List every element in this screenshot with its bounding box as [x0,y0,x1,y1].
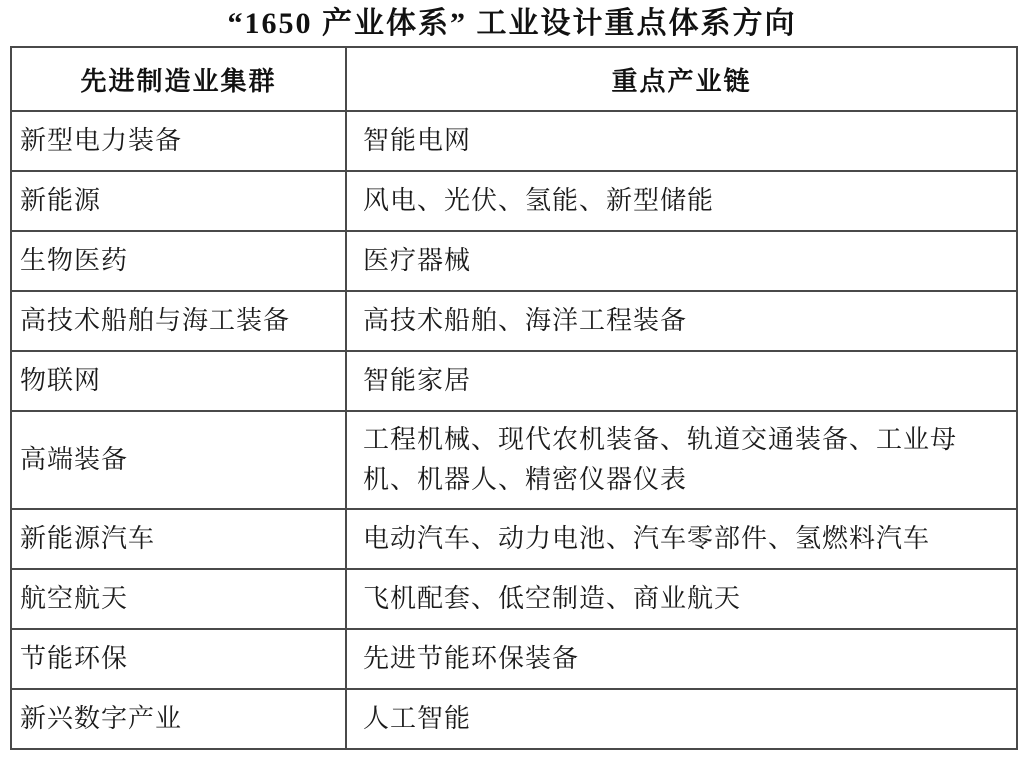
table-row: 节能环保先进节能环保装备 [11,629,1017,689]
table-row: 航空航天飞机配套、低空制造、商业航天 [11,569,1017,629]
chains-cell: 风电、光伏、氢能、新型储能 [346,171,1017,231]
cluster-cell: 物联网 [11,351,346,411]
chains-cell: 智能电网 [346,111,1017,171]
chains-cell: 医疗器械 [346,231,1017,291]
chains-cell: 电动汽车、动力电池、汽车零部件、氢燃料汽车 [346,509,1017,569]
table-row: 新能源汽车电动汽车、动力电池、汽车零部件、氢燃料汽车 [11,509,1017,569]
table-header-row: 先进制造业集群 重点产业链 [11,47,1017,111]
table-body: 新型电力装备智能电网新能源风电、光伏、氢能、新型储能生物医药医疗器械高技术船舶与… [11,111,1017,749]
cluster-cell: 新兴数字产业 [11,689,346,749]
cluster-cell: 节能环保 [11,629,346,689]
column-header-chains: 重点产业链 [346,47,1017,111]
column-header-cluster: 先进制造业集群 [11,47,346,111]
cluster-cell: 航空航天 [11,569,346,629]
industry-system-table: 先进制造业集群 重点产业链 新型电力装备智能电网新能源风电、光伏、氢能、新型储能… [10,46,1018,750]
cluster-cell: 新型电力装备 [11,111,346,171]
chains-cell: 人工智能 [346,689,1017,749]
chains-cell: 高技术船舶、海洋工程装备 [346,291,1017,351]
cluster-cell: 生物医药 [11,231,346,291]
table-row: 高技术船舶与海工装备高技术船舶、海洋工程装备 [11,291,1017,351]
chains-cell: 飞机配套、低空制造、商业航天 [346,569,1017,629]
cluster-cell: 新能源汽车 [11,509,346,569]
table-row: 物联网智能家居 [11,351,1017,411]
table-row: 新型电力装备智能电网 [11,111,1017,171]
table-head: 先进制造业集群 重点产业链 [11,47,1017,111]
chains-cell: 工程机械、现代农机装备、轨道交通装备、工业母机、机器人、精密仪器仪表 [346,411,1017,509]
table-row: 生物医药医疗器械 [11,231,1017,291]
chains-cell: 智能家居 [346,351,1017,411]
table-row: 新兴数字产业人工智能 [11,689,1017,749]
page-title: “1650 产业体系” 工业设计重点体系方向 [0,0,1024,46]
cluster-cell: 高技术船舶与海工装备 [11,291,346,351]
cluster-cell: 新能源 [11,171,346,231]
cluster-cell: 高端装备 [11,411,346,509]
chains-cell: 先进节能环保装备 [346,629,1017,689]
document-page: “1650 产业体系” 工业设计重点体系方向 先进制造业集群 重点产业链 新型电… [0,0,1024,761]
table-row: 新能源风电、光伏、氢能、新型储能 [11,171,1017,231]
table-row: 高端装备工程机械、现代农机装备、轨道交通装备、工业母机、机器人、精密仪器仪表 [11,411,1017,509]
